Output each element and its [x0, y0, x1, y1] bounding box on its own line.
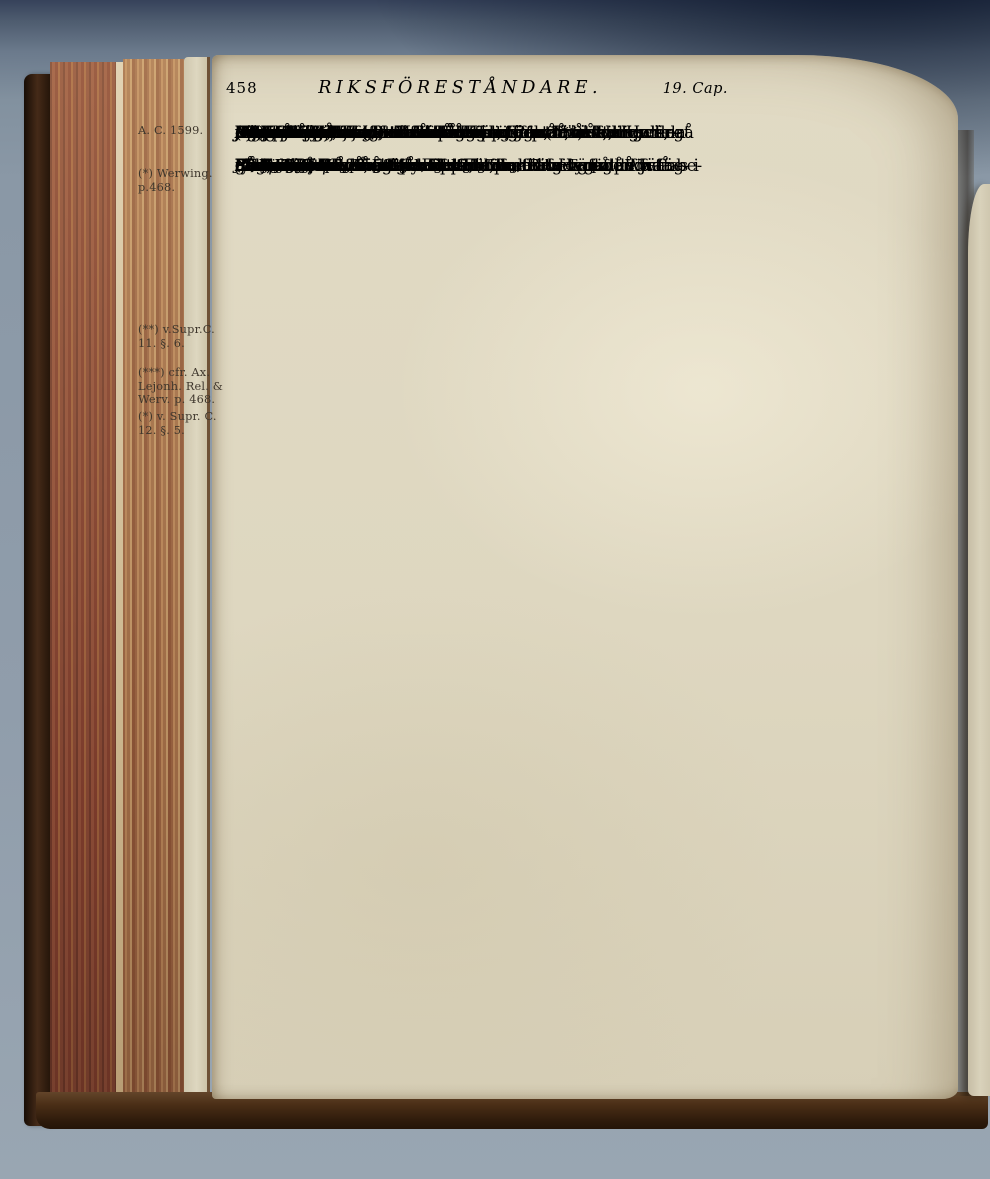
margin-note-reference: (**) v.Supr.C. 11. §. 6.	[138, 323, 238, 350]
margin-note-reference: (*) Werwing. p.468.	[138, 167, 238, 194]
fore-edge-pages-left	[50, 62, 116, 1110]
running-title: RIKSFÖRESTÅNDARE.	[318, 78, 602, 98]
chapter-label: 19. Cap.	[663, 81, 728, 97]
margin-note-reference: (*) v. Supr. C. 12. §. 5.	[138, 410, 238, 437]
scan-background: 458 RIKSFÖRESTÅNDARE. 19. Cap. A. C. 159…	[0, 0, 990, 1179]
underleaf-page-edge	[184, 57, 210, 1101]
fore-edge-divider	[116, 62, 123, 1110]
book-page	[212, 55, 958, 1099]
fore-edge-pages-right	[123, 59, 184, 1110]
facing-page-edge	[968, 184, 990, 1096]
text-column: ſon (c), Jacob Möl, Hans Inis, Sigfrid S…	[235, 122, 727, 155]
margin-note-year: A. C. 1599.	[138, 124, 238, 138]
margin-note-reference: (***) cfr. Ax. Lejonh. Rel. & Werv. p. 4…	[138, 366, 238, 407]
page-header: 458 RIKSFÖRESTÅNDARE. 19. Cap.	[226, 78, 728, 98]
page-number: 458	[226, 79, 258, 97]
